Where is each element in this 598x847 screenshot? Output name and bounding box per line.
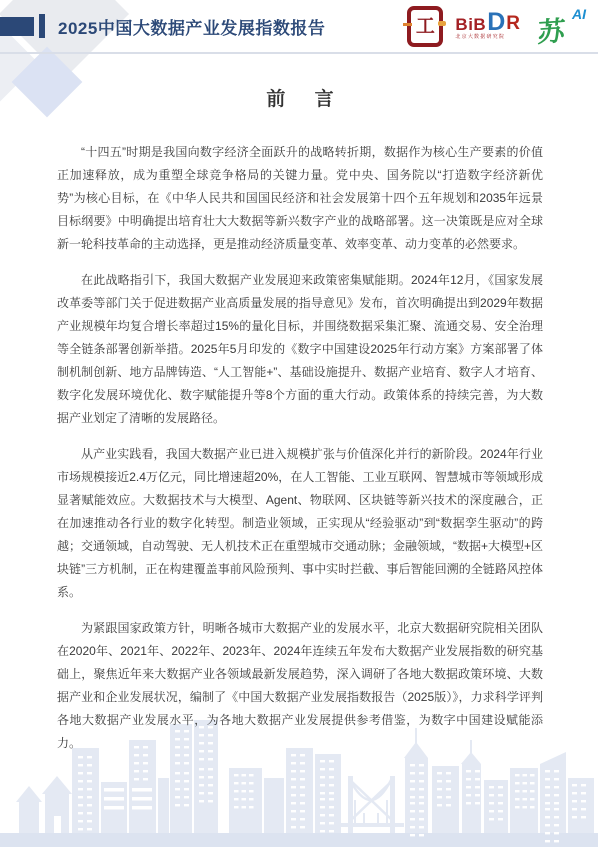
brush-character: 苏 [537,9,567,50]
header-bar-thin-decoration [39,14,45,38]
preface-paragraph-2: 在此战略指引下，我国大数据产业发展迎来政策密集赋能期。2024年12月，《国家发… [57,269,543,430]
brush-ai-logo: 苏 AI [532,6,588,46]
ai-letters: AI [572,6,586,22]
bibdr-logo-subtitle: 北京大数据研究院 [455,35,520,40]
preface-section: 前 言 “十四五”时期是我国向数字经济全面跃升的战略转折期，数据作为核心生产要素… [57,84,543,768]
header-bar-decoration [0,17,34,36]
page-header: 2025中国大数据产业发展指数报告 工 BiB D R 北京大数据研究院 苏 A… [0,0,598,52]
bibdr-logo-r: R [506,14,520,33]
report-page: 2025中国大数据产业发展指数报告 工 BiB D R 北京大数据研究院 苏 A… [0,0,598,847]
logo-group: 工 BiB D R 北京大数据研究院 苏 AI [407,6,598,47]
section-title: 前 言 [57,84,543,111]
preface-paragraph-3: 从产业实践看，我国大数据产业已进入规模扩张与价值深化并行的新阶段。2024年行业… [57,443,543,604]
bibdr-logo-d: D [487,12,505,33]
bibdr-logo-bib: BiB [455,16,486,33]
seal-logo-character: 工 [416,17,435,36]
bibdr-logo: BiB D R 北京大数据研究院 [455,12,520,40]
preface-paragraph-1: “十四五”时期是我国向数字经济全面跃升的战略转折期，数据作为核心生产要素的价值正… [57,141,543,256]
header-divider [0,52,598,54]
bibdr-logo-wordmark: BiB D R [455,12,520,33]
seal-logo-icon: 工 [407,6,443,47]
report-title: 2025中国大数据产业发展指数报告 [58,14,325,39]
preface-paragraph-4: 为紧跟国家政策方针，明晰各城市大数据产业的发展水平，北京大数据研究院相关团队在2… [57,617,543,755]
